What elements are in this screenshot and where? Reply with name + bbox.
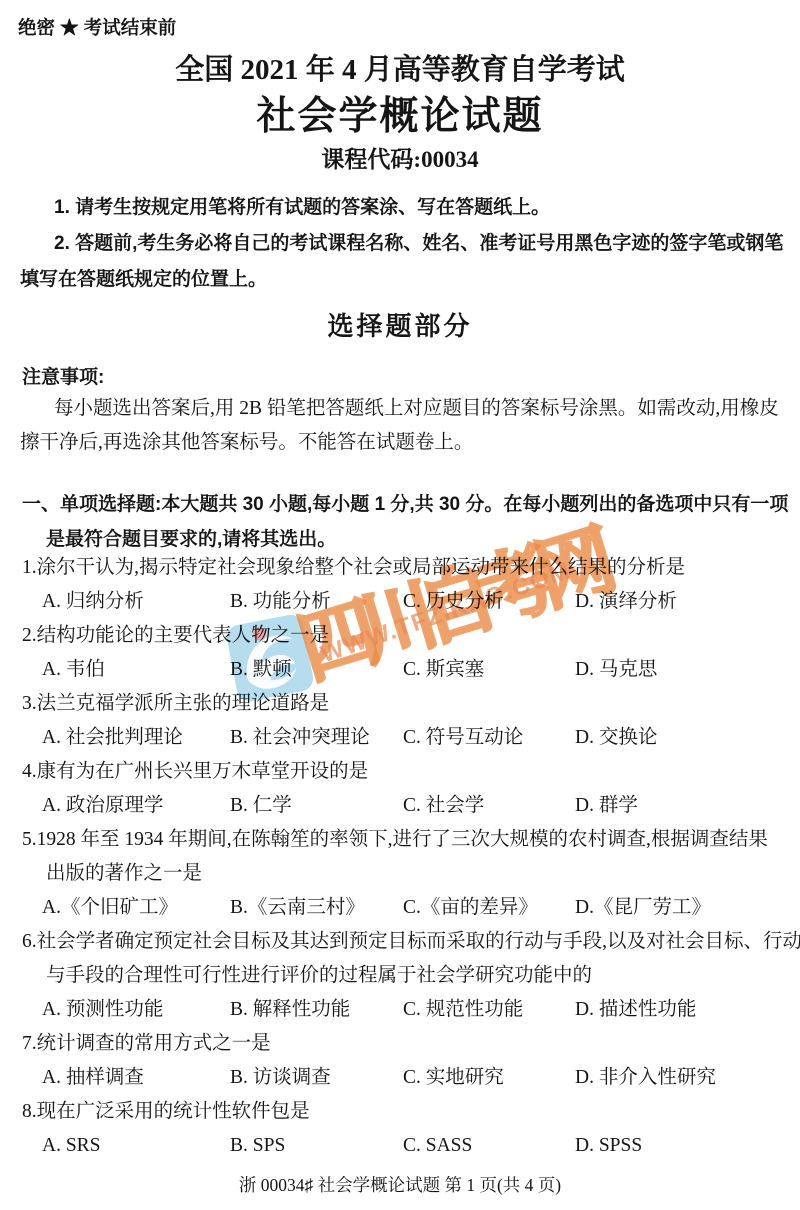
question-5-stem-line-1: 5.1928 年至 1934 年期间,在陈翰笙的率领下,进行了三次大规模的农村调… xyxy=(22,823,792,857)
question-8-stem-line-1: 8.现在广泛采用的统计性软件包是 xyxy=(22,1095,792,1129)
question-4-option-d: D. 群学 xyxy=(575,789,792,823)
question-7-option-a: A. 抽样调查 xyxy=(42,1061,230,1095)
question-2-option-b: B. 默顿 xyxy=(230,653,403,687)
question-4: 4.康有为在广州长兴里万木草堂开设的是A. 政治原理学B. 仁学C. 社会学D.… xyxy=(22,755,792,823)
question-1-options: A. 归纳分析B. 功能分析C. 历史分析D. 演绎分析 xyxy=(22,585,792,619)
question-4-option-a: A. 政治原理学 xyxy=(42,789,230,823)
question-7: 7.统计调查的常用方式之一是A. 抽样调查B. 访谈调查C. 实地研究D. 非介… xyxy=(22,1027,792,1095)
question-4-option-c: C. 社会学 xyxy=(403,789,575,823)
question-7-option-d: D. 非介入性研究 xyxy=(575,1061,792,1095)
question-2: 2.结构功能论的主要代表人物之一是A. 韦伯B. 默顿C. 斯宾塞D. 马克思 xyxy=(22,619,792,687)
subject-title: 社会学概论试题 xyxy=(0,85,800,141)
question-3-option-c: C. 符号互动论 xyxy=(403,721,575,755)
question-2-option-d: D. 马克思 xyxy=(575,653,792,687)
question-3-options: A. 社会批判理论B. 社会冲突理论C. 符号互动论D. 交换论 xyxy=(22,721,792,755)
question-4-option-b: B. 仁学 xyxy=(230,789,403,823)
question-2-stem-line-1: 2.结构功能论的主要代表人物之一是 xyxy=(22,619,792,653)
instruction-1: 1. 请考生按规定用笔将所有试题的答案涂、写在答题纸上。 xyxy=(20,190,788,226)
question-1-option-c: C. 历史分析 xyxy=(403,585,575,619)
question-6-option-d: D. 描述性功能 xyxy=(575,993,792,1027)
part-one-heading: 一、单项选择题:本大题共 30 小题,每小题 1 分,共 30 分。在每小题列出… xyxy=(22,487,790,557)
question-5-option-c: C.《亩的差异》 xyxy=(403,891,575,925)
question-5-stem-line-2: 出版的著作之一是 xyxy=(22,857,792,891)
question-5-option-a: A.《个旧矿工》 xyxy=(42,891,230,925)
general-instructions: 1. 请考生按规定用笔将所有试题的答案涂、写在答题纸上。 2. 答题前,考生务必… xyxy=(20,190,788,298)
question-8: 8.现在广泛采用的统计性软件包是A. SRSB. SPSC. SASSD. SP… xyxy=(22,1095,792,1163)
question-5: 5.1928 年至 1934 年期间,在陈翰笙的率领下,进行了三次大规模的农村调… xyxy=(22,823,792,925)
question-4-options: A. 政治原理学B. 仁学C. 社会学D. 群学 xyxy=(22,789,792,823)
notice-text: 每小题选出答案后,用 2B 铅笔把答题纸上对应题目的答案标号涂黑。如需改动,用橡… xyxy=(20,392,788,460)
instruction-2-line-2: 填写在答题纸规定的位置上。 xyxy=(20,262,788,298)
question-1-option-a: A. 归纳分析 xyxy=(42,585,230,619)
question-7-option-c: C. 实地研究 xyxy=(403,1061,575,1095)
question-1-stem-line-1: 1.涂尔干认为,揭示特定社会现象给整个社会或局部运动带来什么结果的分析是 xyxy=(22,551,792,585)
section-title: 选择题部分 xyxy=(0,306,800,343)
question-7-option-b: B. 访谈调查 xyxy=(230,1061,403,1095)
question-8-option-b: B. SPS xyxy=(230,1129,403,1163)
question-3: 3.法兰克福学派所主张的理论道路是A. 社会批判理论B. 社会冲突理论C. 符号… xyxy=(22,687,792,755)
question-6-option-b: B. 解释性功能 xyxy=(230,993,403,1027)
question-7-options: A. 抽样调查B. 访谈调查C. 实地研究D. 非介入性研究 xyxy=(22,1061,792,1095)
question-1-option-b: B. 功能分析 xyxy=(230,585,403,619)
question-3-option-d: D. 交换论 xyxy=(575,721,792,755)
question-5-options: A.《个旧矿工》B.《云南三村》C.《亩的差异》D.《昆厂劳工》 xyxy=(22,891,792,925)
question-3-option-b: B. 社会冲突理论 xyxy=(230,721,403,755)
question-3-stem-line-1: 3.法兰克福学派所主张的理论道路是 xyxy=(22,687,792,721)
question-6-stem-line-1: 6.社会学者确定预定社会目标及其达到预定目标而采取的行动与手段,以及对社会目标、… xyxy=(22,925,792,959)
question-1-option-d: D. 演绎分析 xyxy=(575,585,792,619)
question-6-stem-line-2: 与手段的合理性可行性进行评价的过程属于社会学研究功能中的 xyxy=(22,959,792,993)
question-2-options: A. 韦伯B. 默顿C. 斯宾塞D. 马克思 xyxy=(22,653,792,687)
question-6: 6.社会学者确定预定社会目标及其达到预定目标而采取的行动与手段,以及对社会目标、… xyxy=(22,925,792,1027)
page-footer: 浙 00034♯ 社会学概论试题 第 1 页(共 4 页) xyxy=(0,1172,800,1197)
classification-label: 绝密 ★ 考试结束前 xyxy=(18,14,176,40)
exam-title: 全国 2021 年 4 月高等教育自学考试 xyxy=(0,47,800,88)
question-3-option-a: A. 社会批判理论 xyxy=(42,721,230,755)
question-7-stem-line-1: 7.统计调查的常用方式之一是 xyxy=(22,1027,792,1061)
question-5-option-d: D.《昆厂劳工》 xyxy=(575,891,792,925)
notice-label: 注意事项: xyxy=(22,362,104,389)
exam-paper-page: 绝密 ★ 考试结束前 全国 2021 年 4 月高等教育自学考试 社会学概论试题… xyxy=(0,0,800,1210)
question-2-option-a: A. 韦伯 xyxy=(42,653,230,687)
question-list: 1.涂尔干认为,揭示特定社会现象给整个社会或局部运动带来什么结果的分析是A. 归… xyxy=(22,551,792,1163)
question-6-option-a: A. 预测性功能 xyxy=(42,993,230,1027)
question-8-options: A. SRSB. SPSC. SASSD. SPSS xyxy=(22,1129,792,1163)
course-code: 课程代码:00034 xyxy=(0,141,800,174)
question-8-option-d: D. SPSS xyxy=(575,1129,792,1163)
notice-line-2: 擦干净后,再选涂其他答案标号。不能答在试题卷上。 xyxy=(20,426,788,460)
question-8-option-a: A. SRS xyxy=(42,1129,230,1163)
question-5-option-b: B.《云南三村》 xyxy=(230,891,403,925)
notice-line-1: 每小题选出答案后,用 2B 铅笔把答题纸上对应题目的答案标号涂黑。如需改动,用橡… xyxy=(20,392,788,426)
question-1: 1.涂尔干认为,揭示特定社会现象给整个社会或局部运动带来什么结果的分析是A. 归… xyxy=(22,551,792,619)
question-4-stem-line-1: 4.康有为在广州长兴里万木草堂开设的是 xyxy=(22,755,792,789)
question-8-option-c: C. SASS xyxy=(403,1129,575,1163)
question-6-option-c: C. 规范性功能 xyxy=(403,993,575,1027)
question-6-options: A. 预测性功能B. 解释性功能C. 规范性功能D. 描述性功能 xyxy=(22,993,792,1027)
part-one-heading-line-1: 一、单项选择题:本大题共 30 小题,每小题 1 分,共 30 分。在每小题列出… xyxy=(22,487,790,522)
question-2-option-c: C. 斯宾塞 xyxy=(403,653,575,687)
instruction-2-line-1: 2. 答题前,考生务必将自己的考试课程名称、姓名、准考证号用黑色字迹的签字笔或钢… xyxy=(20,226,788,262)
